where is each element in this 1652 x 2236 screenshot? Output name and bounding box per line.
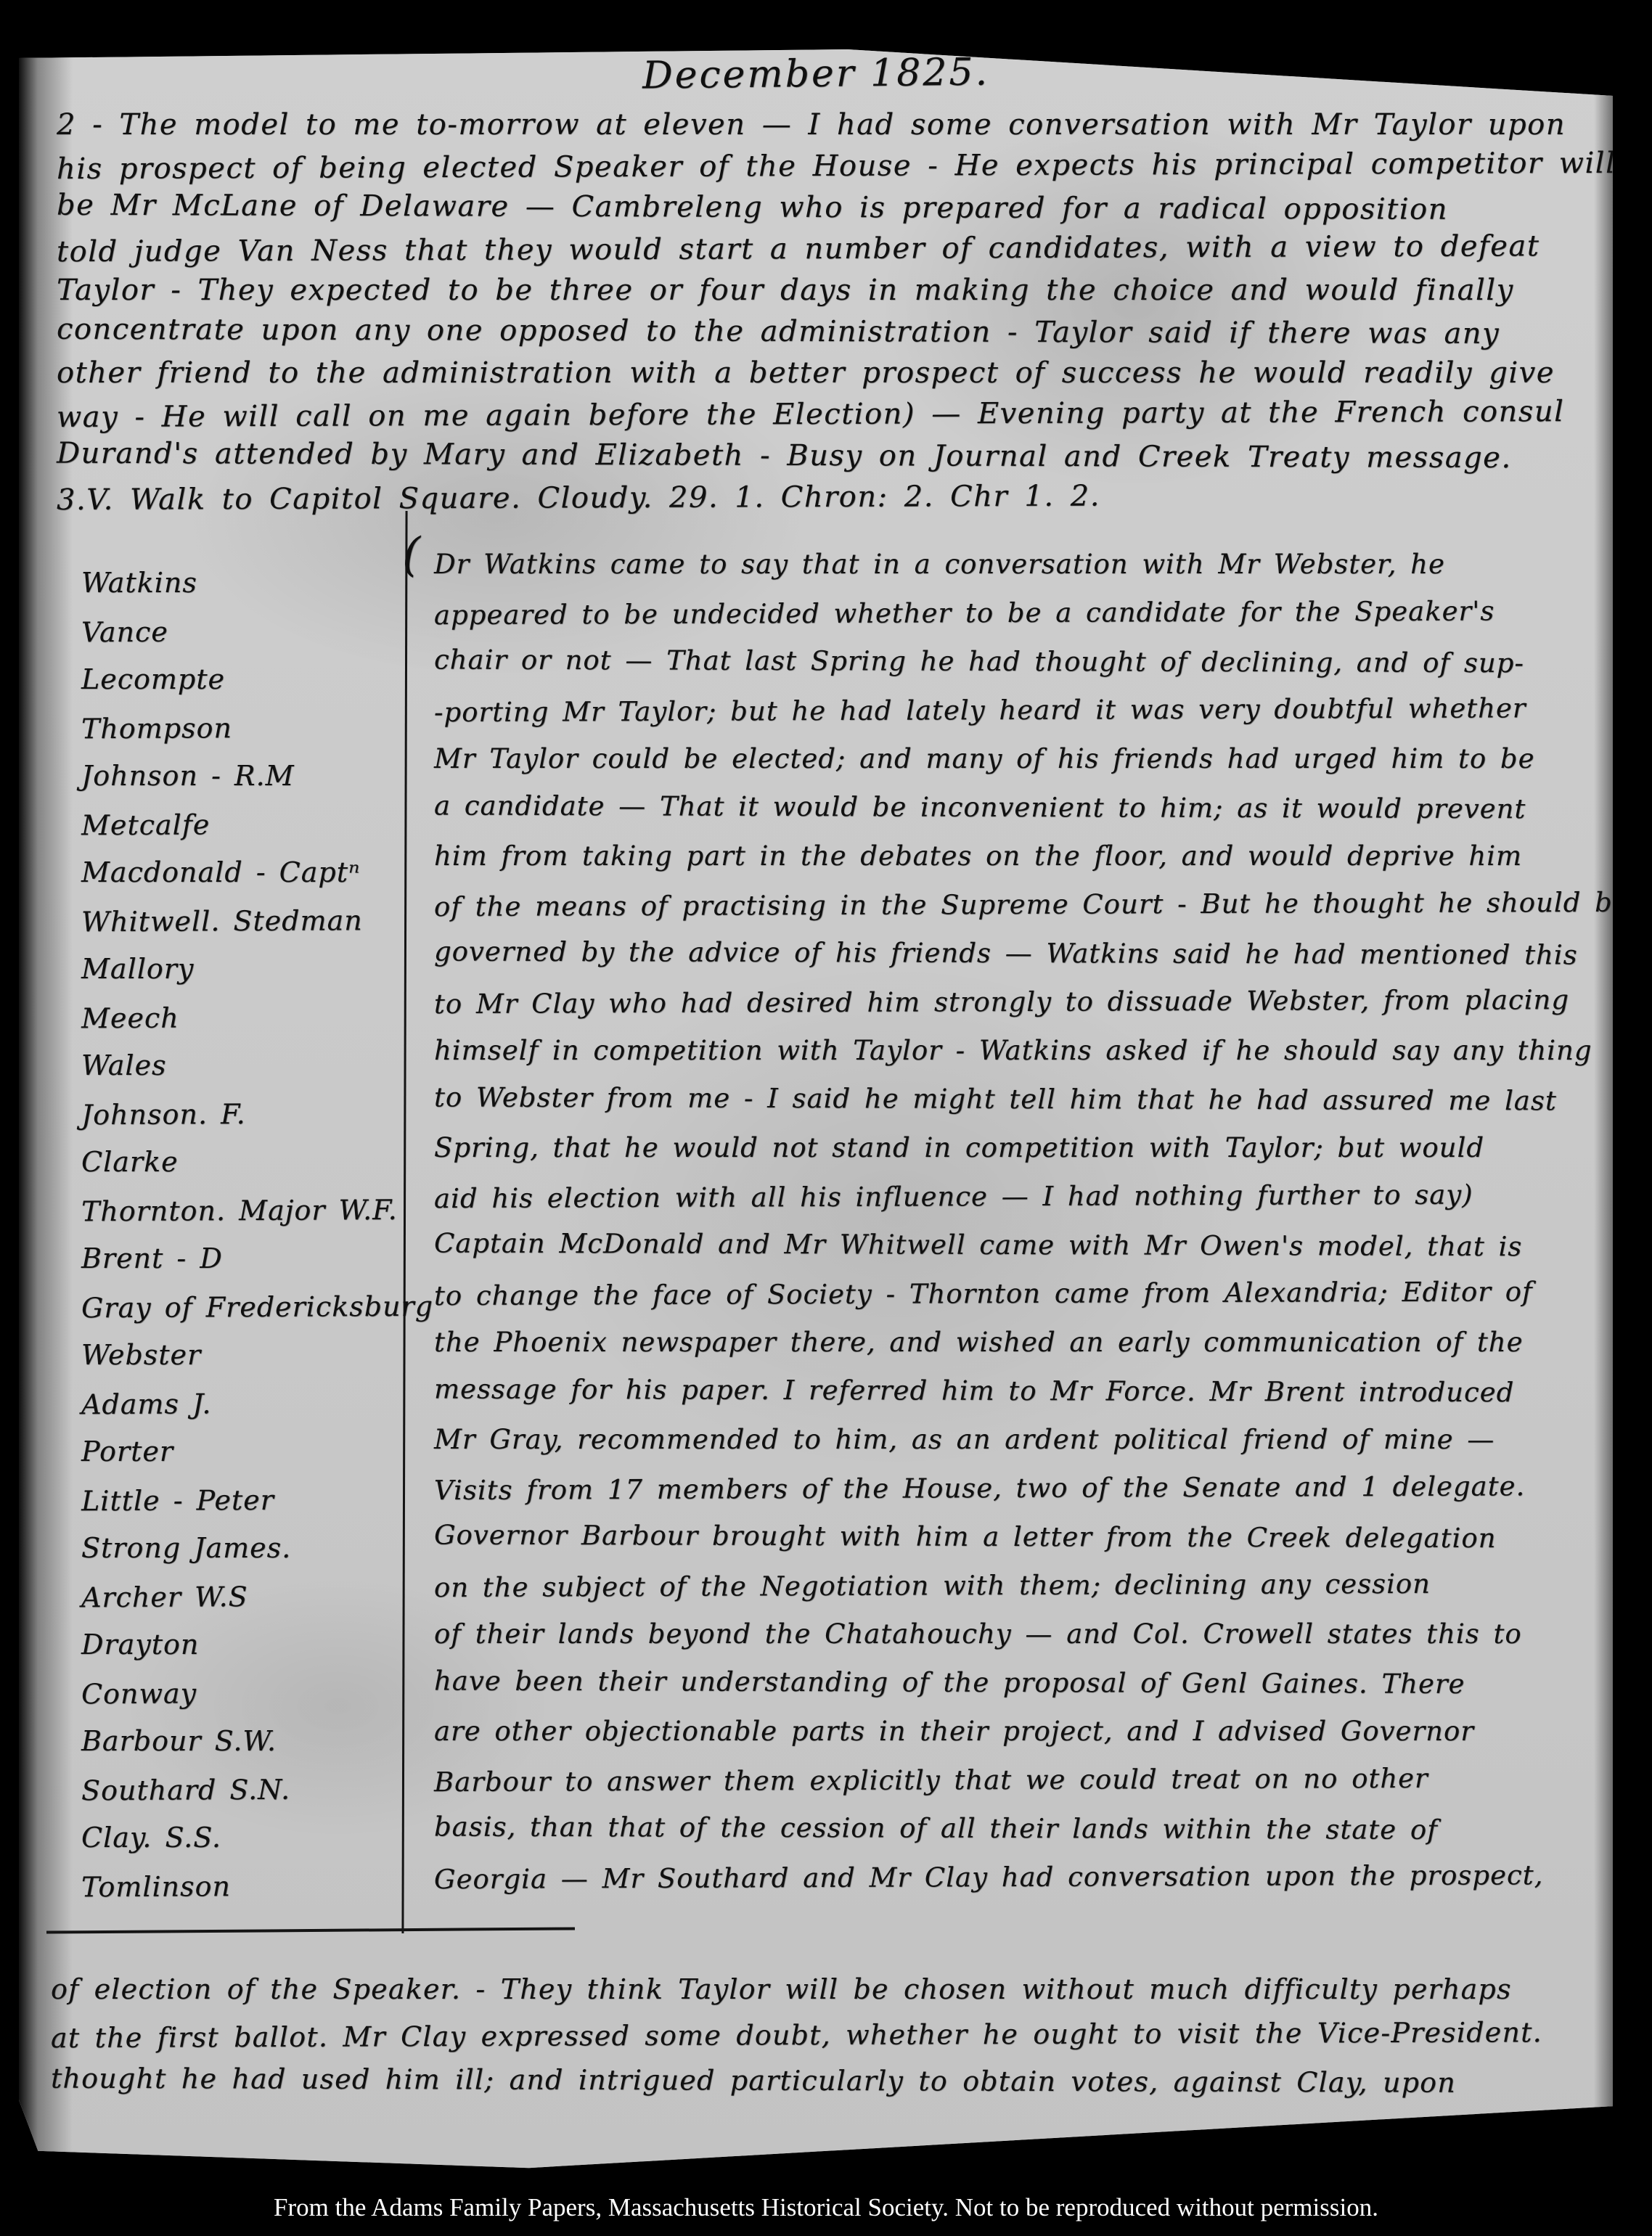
visitor-name: Lecompte [81, 655, 433, 704]
manuscript-line: basis, than that of the cession of all t… [434, 1802, 1595, 1854]
manuscript-line: way - He will call on me again before th… [57, 391, 1588, 438]
manuscript-line: appeared to be undecided whether to be a… [434, 586, 1595, 639]
visitor-name: Johnson - R.M [81, 752, 433, 800]
visitor-name: Brent - D [81, 1234, 433, 1283]
manuscript-line: Barbour to answer them explicitly that w… [434, 1753, 1595, 1806]
manuscript-line: Mr Gray, recommended to him, as an arden… [434, 1415, 1595, 1464]
manuscript-line: of election of the Speaker. - They think… [51, 1967, 1611, 2012]
visitor-name: Clay. S.S. [81, 1814, 433, 1862]
visitor-name: Thompson [81, 703, 433, 753]
visitor-name: Vance [81, 606, 433, 656]
visitor-name: Conway [81, 1668, 433, 1718]
manuscript-line: Georgia — Mr Southard and Mr Clay had co… [434, 1851, 1595, 1904]
visitor-name: Tomlinson [81, 1861, 433, 1911]
entry-december-3-paragraph: Dr Watkins came to say that in a convers… [434, 540, 1595, 1901]
manuscript-line: Governor Barbour brought with him a lett… [434, 1510, 1595, 1563]
visitor-name: Little - Peter [81, 1475, 433, 1525]
manuscript-line: Spring, that he would not stand in compe… [434, 1123, 1595, 1172]
manuscript-line: are other objectionable parts in their p… [434, 1707, 1595, 1756]
manuscript-line: Dr Watkins came to say that in a convers… [434, 540, 1595, 589]
visitor-name: Gray of Fredericksburg [81, 1282, 433, 1332]
page-title: December 1825. [19, 46, 1613, 104]
manuscript-line: be Mr McLane of Delaware — Cambreleng wh… [57, 185, 1588, 232]
bottom-paragraph: of election of the Speaker. - They think… [51, 1967, 1611, 2104]
visitor-name: Southard S.N. [81, 1764, 433, 1814]
margin-rule-bottom [46, 1927, 575, 1933]
visitor-name: Clarke [81, 1138, 433, 1187]
visitor-name: Barbour S.W. [81, 1717, 433, 1766]
manuscript-line: Durand's attended by Mary and Elizabeth … [57, 433, 1588, 480]
manuscript-line: Mr Taylor could be elected; and many of … [434, 734, 1595, 783]
manuscript-line: of their lands beyond the Chatahouchy — … [434, 1610, 1595, 1658]
visitor-name: Meech [81, 992, 433, 1042]
manuscript-line: Captain McDonald and Mr Whitwell came wi… [434, 1219, 1595, 1271]
visitor-name: Metcalfe [81, 799, 433, 849]
manuscript-line: on the subject of the Negotiation with t… [434, 1559, 1595, 1612]
manuscript-line: his prospect of being elected Speaker of… [57, 143, 1588, 190]
visitor-name: Adams J. [81, 1378, 433, 1428]
manuscript-line: told judge Van Ness that they would star… [57, 226, 1588, 273]
entry-december-2-paragraph: 2 - The model to me to-morrow at eleven … [57, 105, 1588, 518]
opening-brace: ( [402, 528, 420, 582]
manuscript-line: of the means of practising in the Suprem… [434, 878, 1595, 931]
manuscript-line: to Webster from me - I said he might tel… [434, 1073, 1595, 1125]
manuscript-line: 3.V. Walk to Capitol Square. Cloudy. 29.… [57, 474, 1588, 521]
manuscript-line: to Mr Clay who had desired him strongly … [434, 975, 1595, 1028]
visitor-name: Webster [81, 1331, 433, 1380]
manuscript-line: other friend to the administration with … [57, 353, 1588, 394]
visitor-name: Wales [81, 1041, 433, 1090]
visitor-name: Strong James. [81, 1524, 433, 1573]
manuscript-line: governed by the advice of his friends — … [434, 927, 1595, 979]
manuscript-line: himself in competition with Taylor - Wat… [434, 1026, 1595, 1075]
manuscript-line: have been their understanding of the pro… [434, 1656, 1595, 1708]
manuscript-line: aid his election with all his influence … [434, 1170, 1595, 1223]
visitor-name: Drayton [81, 1621, 433, 1669]
manuscript-line: concentrate upon any one opposed to the … [57, 309, 1588, 356]
manuscript-line: a candidate — That it would be inconveni… [434, 781, 1595, 833]
visitor-name: Macdonald - Captⁿ [81, 848, 433, 897]
manuscript-line: the Phoenix newspaper there, and wished … [434, 1318, 1595, 1367]
visitor-name: Watkins [81, 559, 433, 607]
manuscript-page: December 1825. 21 2 - The model to me to… [19, 46, 1613, 2174]
visitor-name: Thornton. Major W.F. [81, 1185, 433, 1235]
manuscript-line: -porting Mr Taylor; but he had lately he… [434, 684, 1595, 737]
visitor-name-list: WatkinsVanceLecompteThompsonJohnson - R.… [81, 559, 433, 1910]
manuscript-line: at the first ballot. Mr Clay expressed s… [51, 2010, 1611, 2061]
manuscript-line: to change the face of Society - Thornton… [434, 1267, 1595, 1320]
manuscript-line: message for his paper. I referred him to… [434, 1364, 1595, 1417]
manuscript-line: Taylor - They expected to be three or fo… [57, 270, 1588, 311]
visitor-name: Johnson. F. [81, 1089, 433, 1139]
manuscript-line: chair or not — That last Spring he had t… [434, 635, 1595, 687]
manuscript-line: him from taking part in the debates on t… [434, 832, 1595, 880]
page-number: 21 [1467, 58, 1505, 94]
manuscript-line: Visits from 17 members of the House, two… [434, 1462, 1595, 1515]
visitor-name: Whitwell. Stedman [81, 896, 433, 946]
visitor-name: Porter [81, 1428, 433, 1476]
archive-credit-footer: From the Adams Family Papers, Massachuse… [0, 2193, 1652, 2222]
visitor-name: Archer W.S [81, 1571, 433, 1621]
manuscript-line: 2 - The model to me to-morrow at eleven … [57, 105, 1588, 146]
manuscript-line: thought he had used him ill; and intrigu… [51, 2056, 1611, 2107]
visitor-name: Mallory [81, 945, 433, 994]
